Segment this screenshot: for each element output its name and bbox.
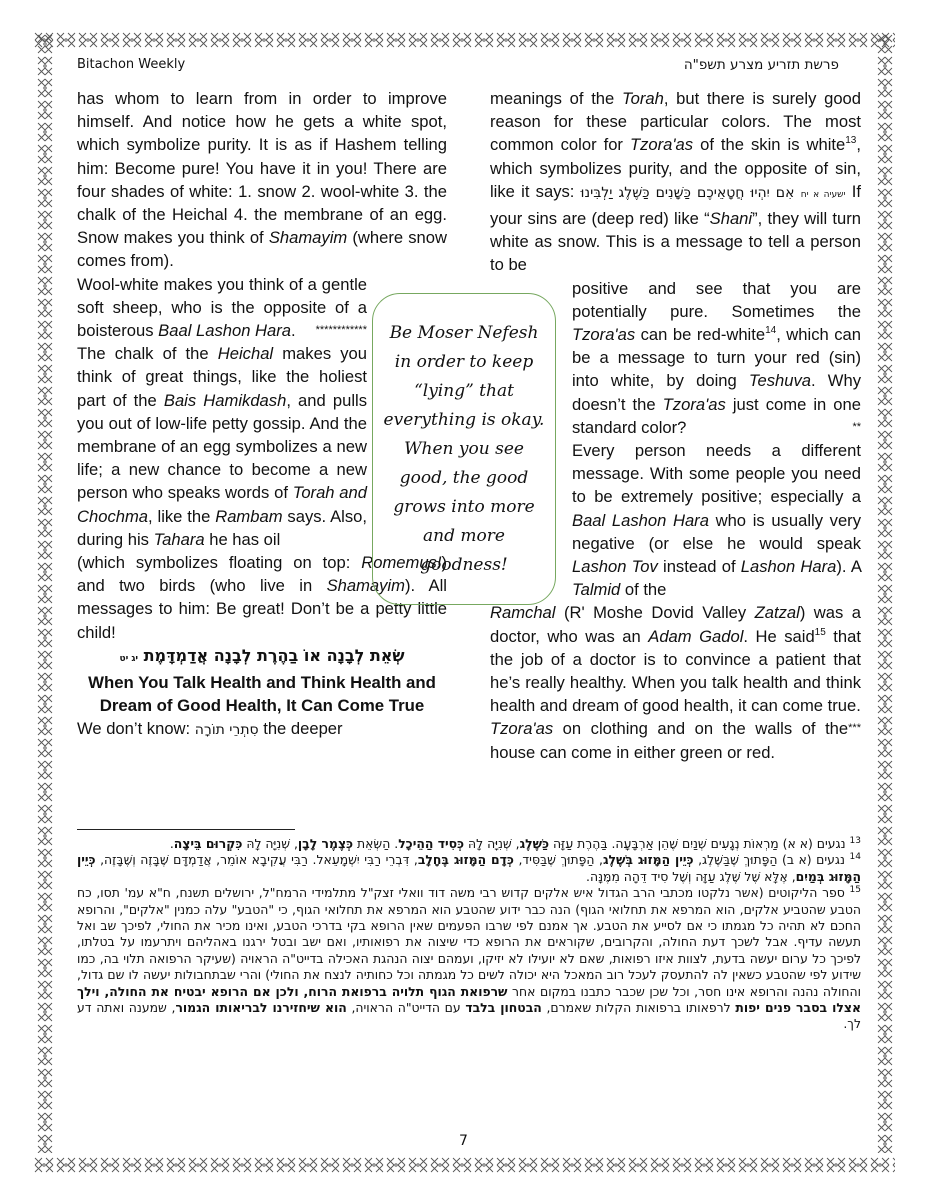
verse-reference: ישעיה א יח	[801, 190, 846, 200]
footnote-ref-15[interactable]: 15	[815, 627, 826, 638]
footnote-separator	[77, 829, 295, 830]
paragraph: meanings of the Torah, but there is sure…	[490, 87, 861, 277]
article-title: When You Talk Health and Think Health an…	[77, 671, 447, 717]
right-column: meanings of the Torah, but there is sure…	[490, 87, 861, 764]
section-separator: ************	[316, 319, 367, 342]
paragraph: Ramchal (R' Moshe Dovid Valley Zatzal) w…	[490, 601, 861, 717]
decorative-border-right	[873, 33, 895, 1153]
wrapped-text-block: Wool-white makes you think of a gentle s…	[77, 273, 367, 551]
page-number: 7	[459, 1133, 468, 1149]
wrapped-text-block: positive and see that you are potentiall…	[572, 277, 861, 602]
decorative-border-top	[33, 28, 895, 50]
paragraph: The chalk of the Heichal makes you think…	[77, 342, 367, 551]
hebrew-quote: אִם יִהְיוּ חֲטָאֵיכֶם כַּשָּׁנִים כַּשֶ…	[581, 185, 795, 201]
paragraph: positive and see that you are potentiall…	[572, 277, 861, 439]
parsha-title: פרשת תזריע מצרע תשפ"ה	[684, 57, 839, 73]
paragraph: Every person needs a different message. …	[572, 439, 861, 601]
section-separator: ***	[848, 717, 861, 740]
publication-title: Bitachon Weekly	[77, 57, 185, 72]
footnote-13: 13 נגעים (א א) מַרְאוֹת נְגָעִים שְׁנַיִ…	[77, 836, 861, 852]
footnote-15: 15 ספר הליקוטים (אשר נלקטו מכתבי הרב הגד…	[77, 885, 861, 1033]
footnote-14: 14 נגעים (א ב) הַפָּתוּךְ שֶׁבַּשֶּׁלֶג,…	[77, 852, 861, 885]
decorative-border-left	[33, 33, 55, 1153]
paragraph: Wool-white makes you think of a gentle s…	[77, 273, 367, 343]
footnote-ref-14[interactable]: 14	[765, 325, 776, 336]
footnotes: 13 נגעים (א א) מַרְאוֹת נְגָעִים שְׁנַיִ…	[77, 836, 861, 1033]
verse-reference: יג יט	[119, 654, 138, 664]
paragraph: has whom to learn from in order to impro…	[77, 87, 447, 273]
paragraph: We don’t know: סִתְרֵי תוֹרָה the deeper	[77, 717, 447, 742]
section-separator: **	[852, 416, 861, 439]
decorative-border-bottom	[33, 1153, 895, 1175]
footnote-ref-13[interactable]: 13	[845, 135, 856, 146]
hebrew-verse: שְׂאֵת לְבָנָה אוֹ בַהֶרֶת לְבָנָה אֲדַמ…	[77, 644, 447, 671]
paragraph: Tzora'as on clothing and on the walls of…	[490, 717, 861, 763]
